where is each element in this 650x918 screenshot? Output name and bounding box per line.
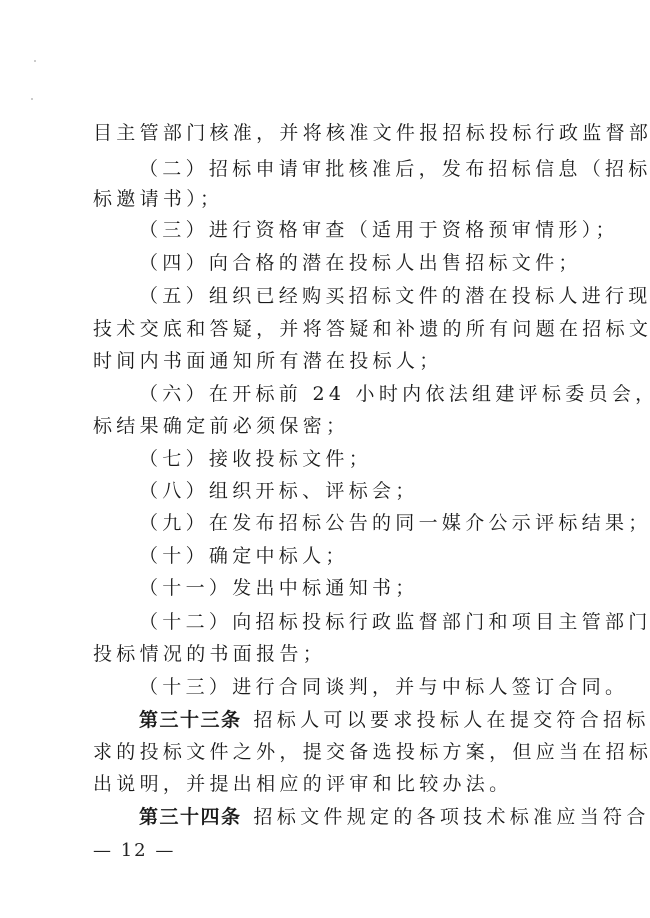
list-item-13: （十三）进行合同谈判，并与中标人签订合同。: [139, 672, 628, 702]
list-item-8: （八）组织开标、评标会；: [139, 476, 419, 506]
article-33-text: 招标人可以要求投标人在提交符合招标文件要: [254, 705, 650, 735]
page-number: — 12 —: [93, 838, 175, 864]
list-item-11: （十一）发出中标通知书；: [139, 573, 419, 603]
list-item-9: （九）在发布招标公告的同一媒介公示评标结果；: [139, 508, 650, 538]
list-item-10: （十）确定中标人；: [139, 541, 349, 571]
list-item-6: （六）在开标前 24 小时内依法组建评标委员会，其名单在中: [139, 379, 650, 409]
list-item-5: （五）组织已经购买招标文件的潜在投标人进行现场勘查、: [139, 281, 650, 311]
article-33-line-2: 求的投标文件之外，提交备选投标方案，但应当在招标文件中做: [93, 737, 650, 767]
text-line-continuation: 技术交底和答疑，并将答疑和补遗的所有问题在招标文件规定的: [93, 314, 650, 344]
article-34-heading: 第三十四条: [139, 802, 242, 832]
text-line-continuation: 标结果确定前必须保密；: [93, 411, 349, 441]
article-34-first-line: 第三十四条招标文件规定的各项技术标准应当符合国家强: [139, 802, 650, 832]
list-item-7: （七）接收投标文件；: [139, 444, 372, 474]
article-33-first-line: 第三十三条招标人可以要求投标人在提交符合招标文件要: [139, 705, 650, 735]
list-item-2: （二）招标申请审批核准后，发布招标信息（招标公告或投: [139, 154, 650, 184]
text-line-1: 目主管部门核准，并将核准文件报招标投标行政监督部门；: [93, 118, 650, 148]
scan-speck: [34, 60, 36, 62]
article-33-line-3: 出说明，并提出相应的评审和比较办法。: [93, 769, 512, 799]
text-line-continuation: 标邀请书）；: [93, 184, 223, 214]
scan-speck: [31, 98, 33, 100]
article-33-heading: 第三十三条: [139, 705, 242, 735]
list-item-12: （十二）向招标投标行政监督部门和项目主管部门提交招标: [139, 607, 650, 637]
text-line-continuation: 投标情况的书面报告；: [93, 639, 326, 669]
text-line-continuation: 时间内书面通知所有潜在投标人；: [93, 346, 443, 376]
article-34-text: 招标文件规定的各项技术标准应当符合国家强: [254, 802, 650, 832]
list-item-3: （三）进行资格审查（适用于资格预审情形）；: [139, 215, 619, 245]
list-item-4: （四）向合格的潜在投标人出售招标文件；: [139, 248, 582, 278]
